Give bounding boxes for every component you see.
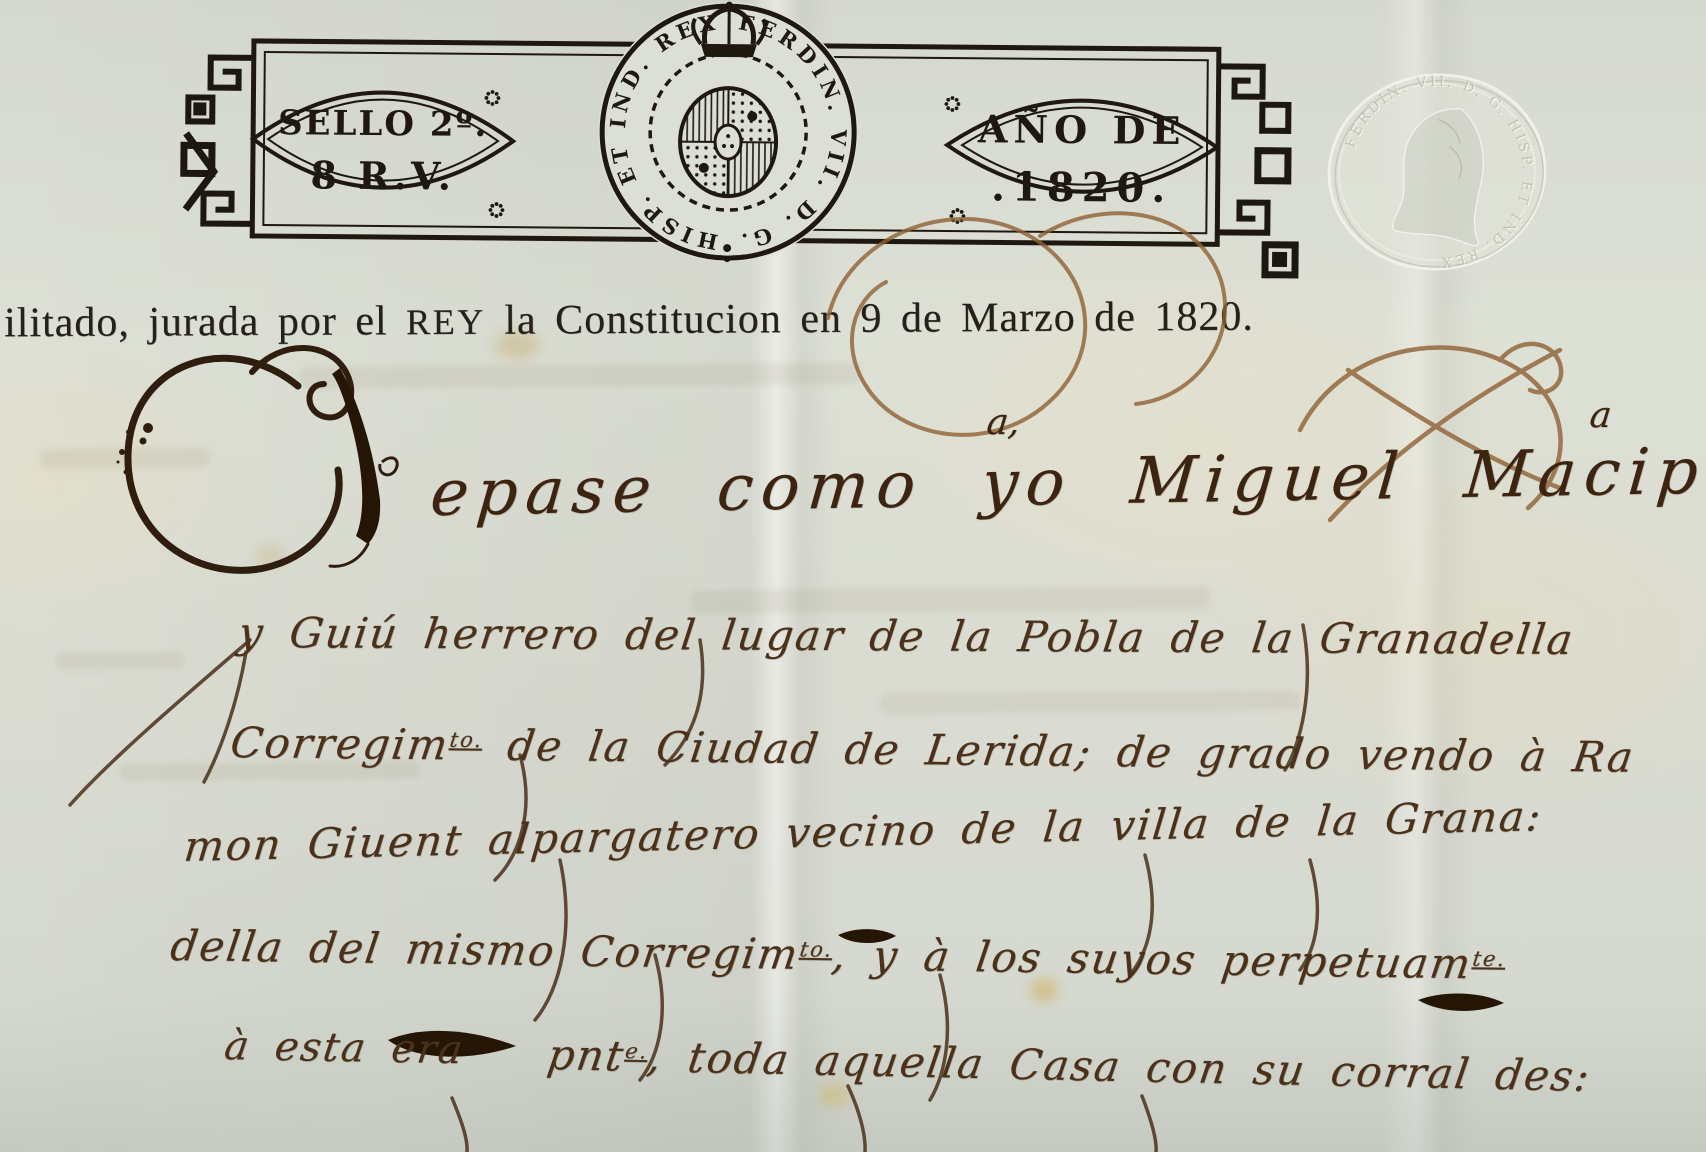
manuscript-line-1: epase como yo Miguel Macip bbox=[428, 440, 1706, 526]
rosette-icon bbox=[944, 96, 960, 112]
greek-key-right-ornament bbox=[1217, 66, 1297, 275]
sello-value-label: 8 R.V. bbox=[310, 152, 455, 198]
rosette-icon bbox=[949, 208, 965, 224]
svg-text:FERDIN. VII. D. G. HISP. ET IN: FERDIN. VII. D. G. HISP. ET IND. REX bbox=[1336, 64, 1545, 279]
seal-paper-disc bbox=[597, 1, 859, 263]
line5-superscript: to. bbox=[798, 937, 835, 961]
paper-stain bbox=[818, 1082, 850, 1108]
fleece-chain-ring bbox=[649, 53, 806, 210]
line3-word: Corregim bbox=[228, 718, 453, 769]
crown-icon bbox=[693, 1, 765, 57]
ghost-bleedthrough bbox=[55, 651, 185, 670]
line6-rest: , toda aquella Casa con su corral des: bbox=[644, 1032, 1594, 1101]
golden-fleece-icon bbox=[720, 244, 734, 262]
svg-text:FERDIN. VII. D. G.: FERDIN. VII. D. G. bbox=[735, 9, 853, 255]
paper-stain bbox=[255, 545, 285, 567]
embossed-rim-text-highlight: FERDIN. VII. D. G. HISP. ET IND. REX bbox=[1337, 65, 1546, 280]
printed-line-post: la Constitucion en 9 de Marzo de 1820. bbox=[486, 294, 1254, 344]
manuscript-line-5: della del mismo Corregimto., y à los suy… bbox=[168, 925, 1508, 986]
line5-rest: , y à los suyos perpetuam bbox=[829, 930, 1475, 988]
embossed-rim-text: FERDIN. VII. D. G. HISP. ET IND. REX bbox=[1336, 64, 1545, 279]
printed-line-pre: ilitado, jurada por el bbox=[4, 298, 406, 346]
year-prefix-label: AÑO DE bbox=[977, 106, 1187, 153]
rosette-icon bbox=[488, 202, 504, 218]
printed-habilitation-line: ilitado, jurada por el Rey la Constituci… bbox=[4, 293, 1254, 348]
manuscript-line-6b: pnte., toda aquella Casa con su corral d… bbox=[545, 1034, 1594, 1098]
manuscript-line-4: mon Giuent alpargatero vecino de la vill… bbox=[182, 795, 1545, 868]
seal-legend-left: HISP. ET IND. REX bbox=[604, 8, 722, 255]
line6-word: pnt bbox=[545, 1030, 629, 1081]
line5-superscript-2: te. bbox=[1471, 947, 1508, 971]
manuscript-line-6a: à esta era bbox=[222, 1026, 467, 1070]
sello-cartouche: SELLO 2º. 8 R.V. bbox=[253, 91, 514, 199]
line3-rest: de la Ciudad de Lerida; de grado vendo à… bbox=[479, 721, 1638, 782]
manuscript-abbrev-mark: a, bbox=[985, 405, 1022, 441]
embossed-portrait-bust bbox=[1381, 106, 1492, 254]
manuscript-line-3: Corregimto. de la Ciudad de Lerida; de g… bbox=[228, 722, 1637, 779]
ghost-bleedthrough bbox=[880, 690, 1300, 714]
document-photo: SELLO 2º. 8 R.V. AÑO DE .1820. HISP. ET … bbox=[0, 0, 1706, 1152]
year-value-label: .1820. bbox=[991, 163, 1173, 212]
coat-of-arms bbox=[680, 88, 777, 197]
sello-class-label: SELLO 2º. bbox=[278, 103, 489, 145]
embossed-dry-seal: FERDIN. VII. D. G. HISP. ET IND. REX FER… bbox=[1319, 63, 1554, 282]
manuscript-line-2: y Guiú herrero del lugar de la Pobla de … bbox=[236, 612, 1577, 661]
royal-seal: HISP. ET IND. REX FERDIN. VII. D. G. bbox=[597, 0, 859, 263]
seal-legend-right: FERDIN. VII. D. G. bbox=[735, 9, 853, 255]
ghost-bleedthrough bbox=[300, 363, 860, 390]
greek-key-left-ornament bbox=[183, 57, 253, 224]
printed-line-rey: Rey bbox=[406, 302, 486, 342]
stamp-band-frame bbox=[252, 41, 1219, 244]
svg-text:FERDIN. VII. D. G. HISP. ET IN: FERDIN. VII. D. G. HISP. ET IND. REX bbox=[1337, 65, 1546, 280]
manuscript-abbrev-mark: a bbox=[1588, 398, 1613, 434]
year-cartouche: AÑO DE .1820. bbox=[946, 99, 1217, 212]
ghost-bleedthrough bbox=[40, 447, 210, 468]
rosette-icon bbox=[484, 90, 500, 106]
svg-text:HISP. ET IND. REX: HISP. ET IND. REX bbox=[604, 8, 722, 255]
line5-word: della del mismo Corregim bbox=[168, 921, 803, 979]
line3-superscript: to. bbox=[448, 728, 485, 752]
